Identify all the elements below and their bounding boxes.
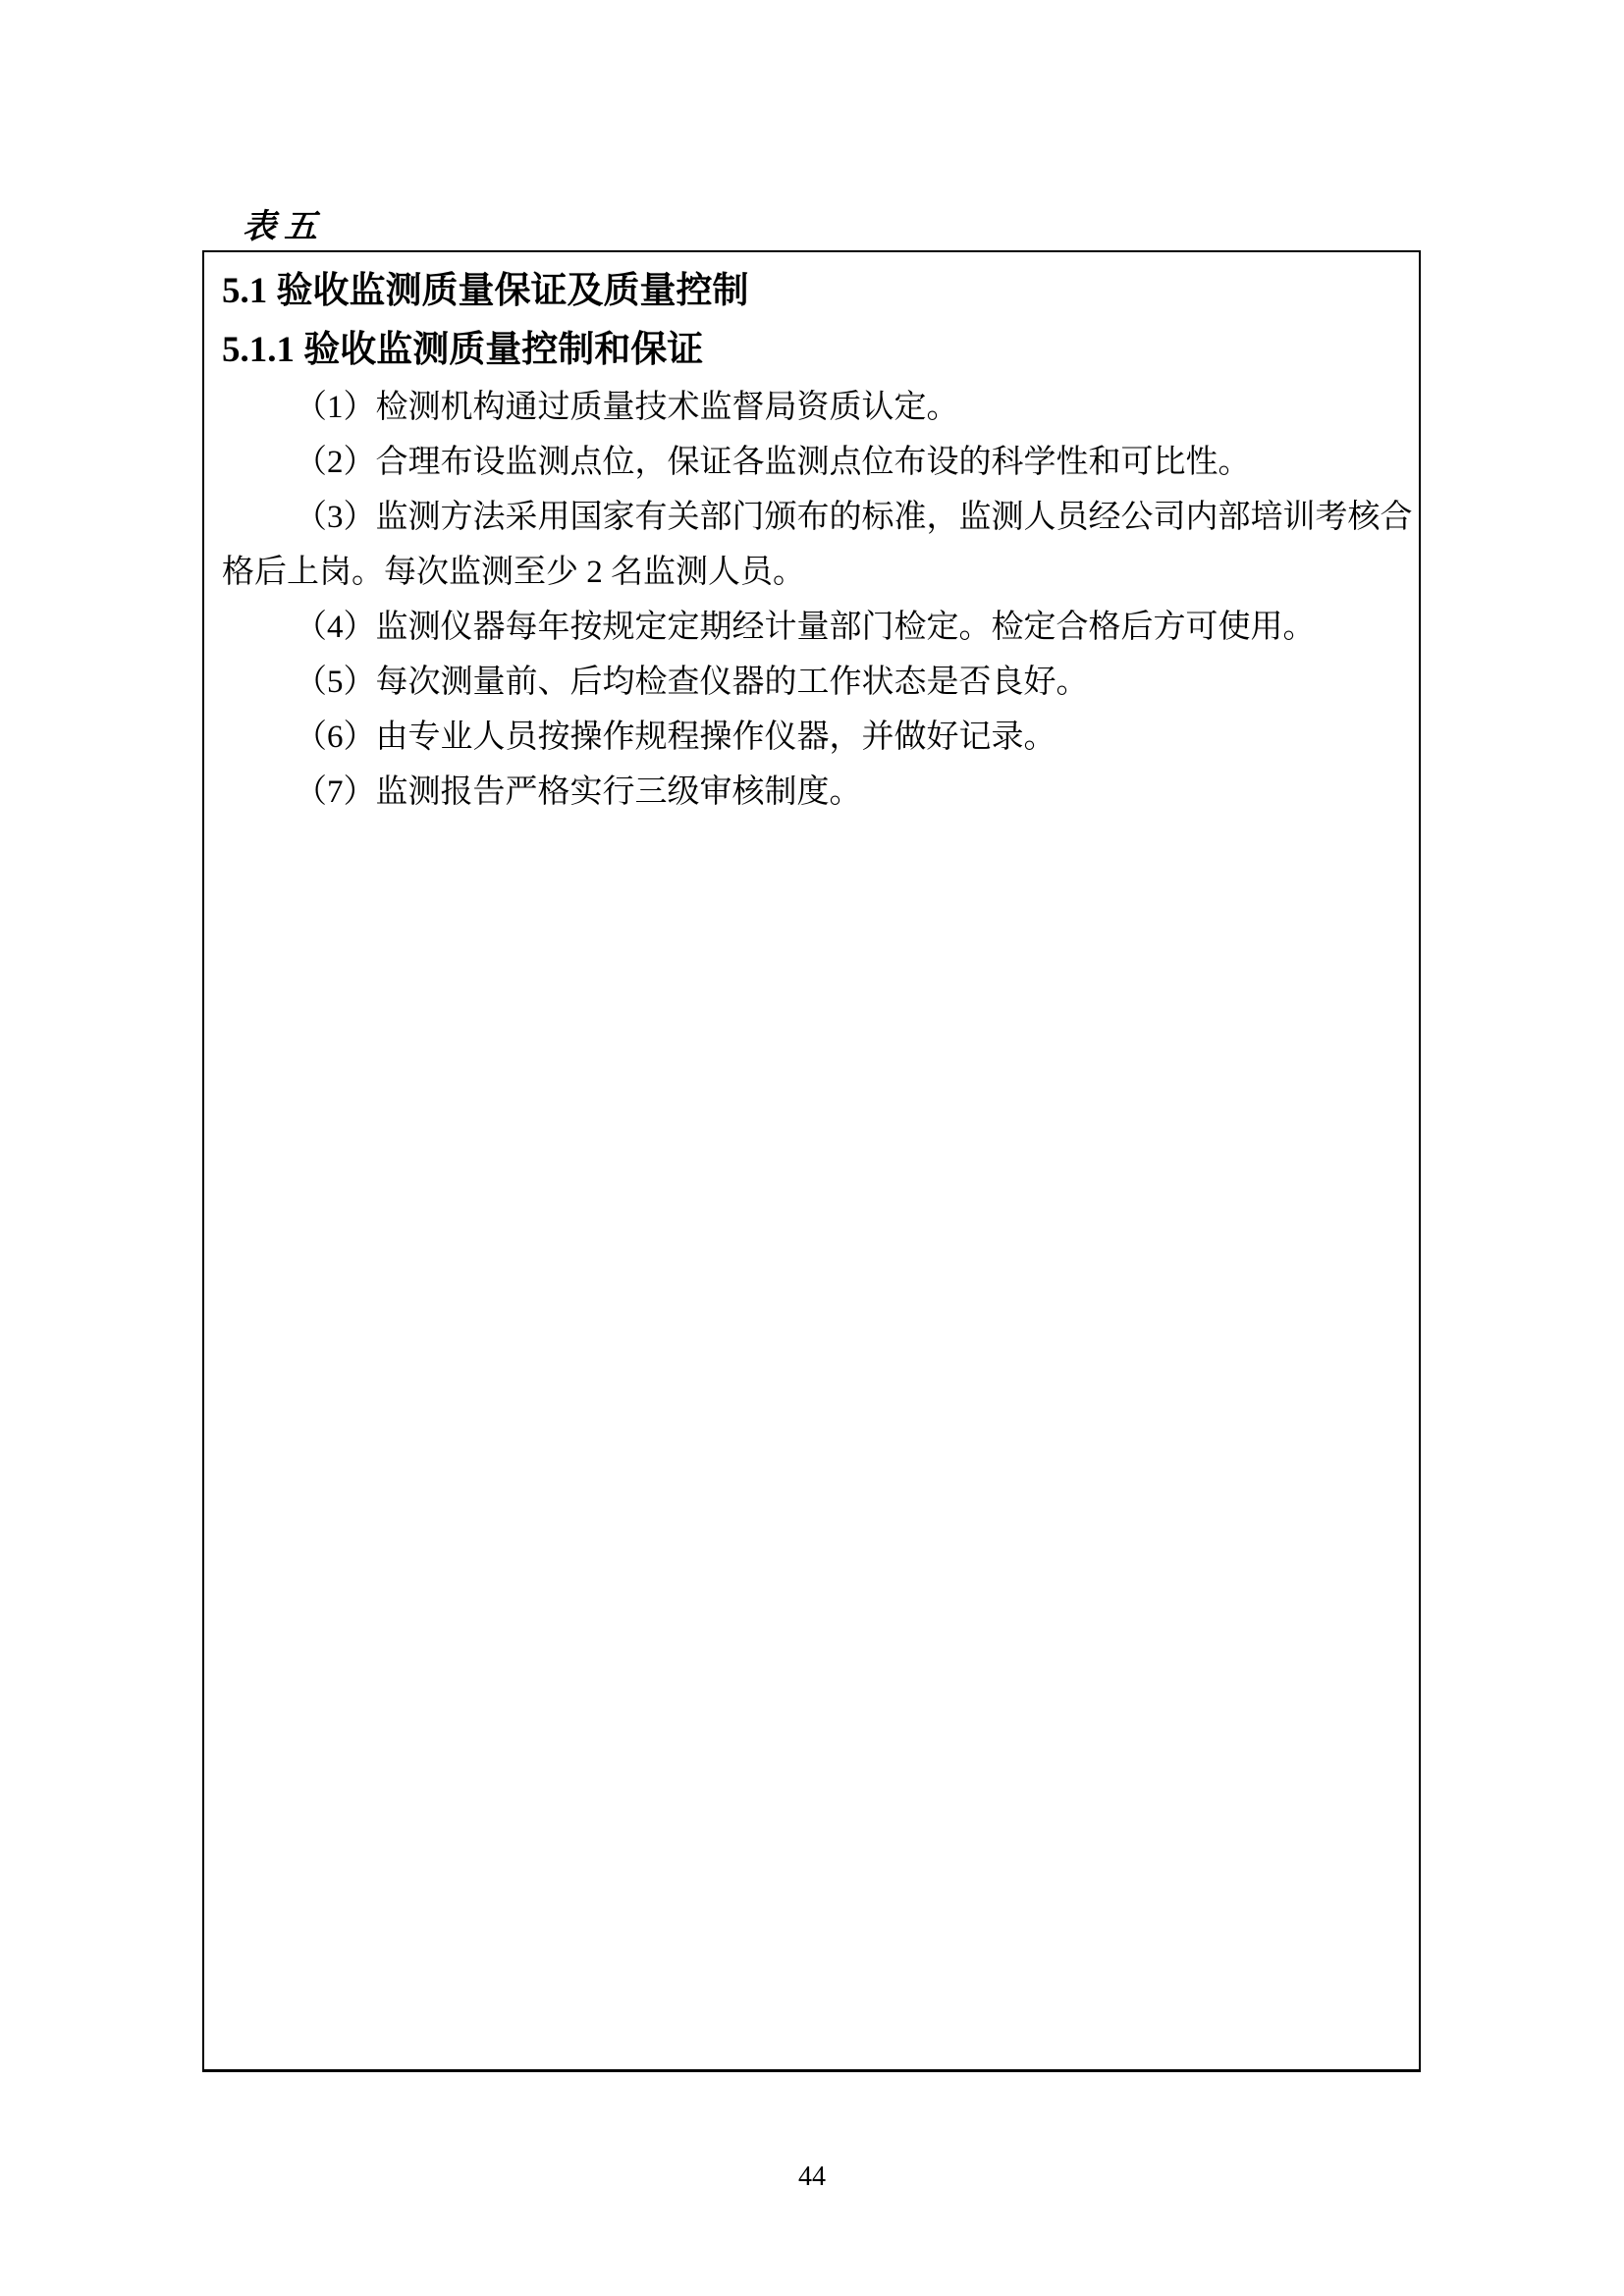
section-heading-5-1: 5.1 验收监测质量保证及质量控制	[222, 262, 1401, 321]
list-item-3-line-2: 格后上岗。每次监测至少 2 名监测人员。	[222, 545, 1401, 600]
list-item-7: （7）监测报告严格实行三级审核制度。	[222, 765, 1401, 820]
list-item-1: （1）检测机构通过质量技术监督局资质认定。	[222, 380, 1401, 435]
document-page: 表五 5.1 验收监测质量保证及质量控制 5.1.1 验收监测质量控制和保证 （…	[0, 0, 1624, 2296]
list-item-3-line-1: （3）监测方法采用国家有关部门颁布的标准，监测人员经公司内部培训考核合	[222, 490, 1401, 545]
content-table: 5.1 验收监测质量保证及质量控制 5.1.1 验收监测质量控制和保证 （1）检…	[202, 250, 1421, 2072]
list-item-2: （2）合理布设监测点位，保证各监测点位布设的科学性和可比性。	[222, 435, 1401, 490]
list-item-5: （5）每次测量前、后均检查仪器的工作状态是否良好。	[222, 655, 1401, 710]
page-number: 44	[0, 2162, 1624, 2193]
section-heading-5-1-1: 5.1.1 验收监测质量控制和保证	[222, 321, 1401, 380]
list-item-4: （4）监测仪器每年按规定定期经计量部门检定。检定合格后方可使用。	[222, 600, 1401, 655]
table-label: 表五	[243, 199, 325, 247]
list-item-6: （6）由专业人员按操作规程操作仪器，并做好记录。	[222, 710, 1401, 765]
